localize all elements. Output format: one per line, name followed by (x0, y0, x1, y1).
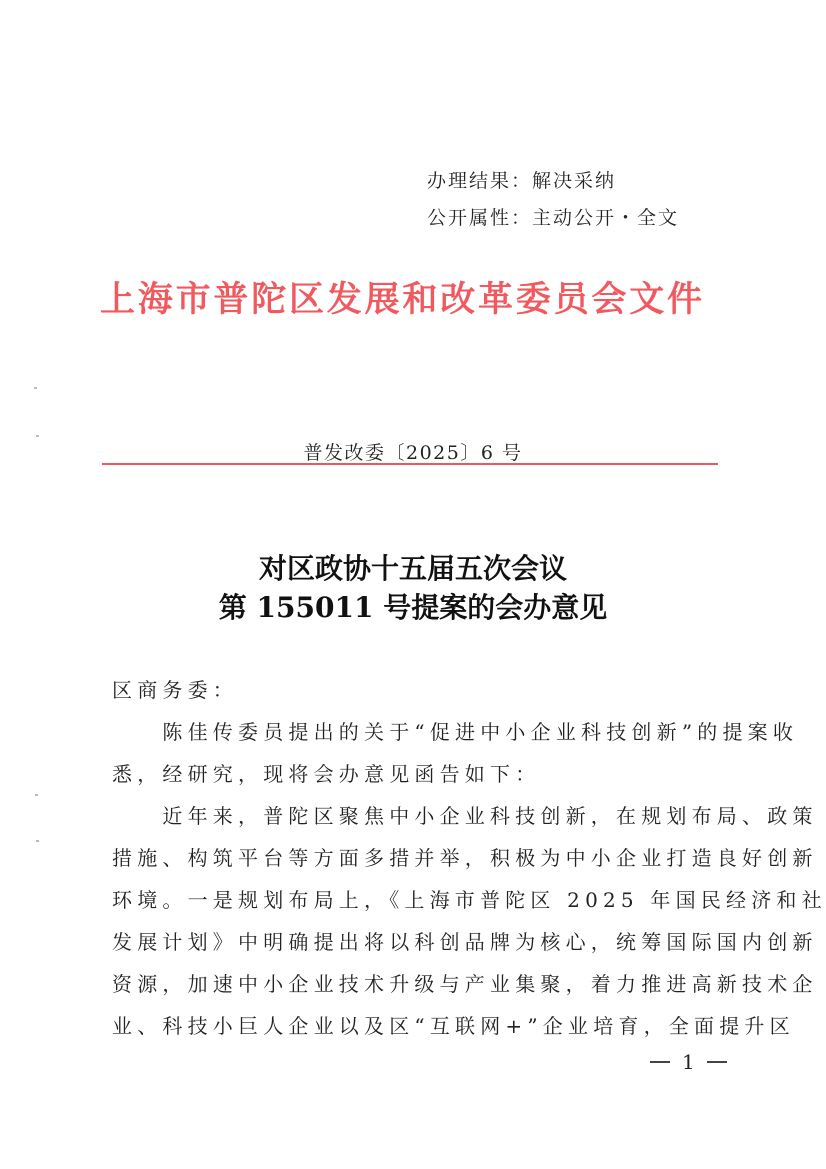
document-title-line-2: 第 155011 号提案的会办意见 (0, 586, 826, 626)
page-number-value: 1 (682, 1050, 695, 1074)
body-line: 资源，加速中小企业技术升级与产业集聚，着力推进高新技术企 (112, 972, 728, 996)
disclosure-attribute: 公开属性：主动公开・全文 (427, 203, 679, 230)
body-line: 措施、构筑平台等方面多措并举，积极为中小企业打造良好创新 (112, 846, 728, 870)
issuer-red-header: 上海市普陀区发展和改革委员会文件 (100, 272, 725, 322)
dash-right (707, 1061, 727, 1063)
body-line: 悉，经研究，现将会办意见函告如下： (112, 762, 728, 786)
document-page: 办理结果：解决采纳 公开属性：主动公开・全文 上海市普陀区发展和改革委员会文件 … (0, 0, 826, 1169)
scan-artifact (35, 794, 38, 796)
handling-result: 办理结果：解决采纳 (427, 166, 616, 193)
body-line: 陈佳传委员提出的关于“促进中小企业科技创新”的提案收 (112, 720, 728, 744)
scan-artifact (34, 387, 37, 389)
handling-result-label: 办理结果： (427, 170, 532, 192)
body-line: 发展计划》中明确提出将以科创品牌为核心，统筹国际国内创新 (112, 930, 728, 954)
dash-left (650, 1061, 670, 1063)
page-number: 1 (650, 1050, 727, 1074)
scan-artifact (36, 840, 39, 842)
body-line: 业、科技小巨人企业以及区“互联网+”企业培育，全面提升区 (112, 1014, 728, 1038)
disclosure-value: 主动公开・全文 (532, 207, 679, 229)
handling-result-value: 解决采纳 (532, 170, 616, 192)
salutation: 区商务委： (112, 678, 728, 702)
scan-artifact (36, 435, 39, 437)
disclosure-label: 公开属性： (427, 207, 532, 229)
document-title-line-1: 对区政协十五届五次会议 (0, 547, 826, 587)
body-line: 环境。一是规划布局上，《上海市普陀区 2025 年国民经济和社会 (112, 888, 728, 912)
document-number: 普发改委〔2025〕6 号 (0, 438, 826, 465)
body-line: 近年来，普陀区聚焦中小企业科技创新，在规划布局、政策 (112, 804, 728, 828)
red-separator-rule (102, 463, 718, 465)
